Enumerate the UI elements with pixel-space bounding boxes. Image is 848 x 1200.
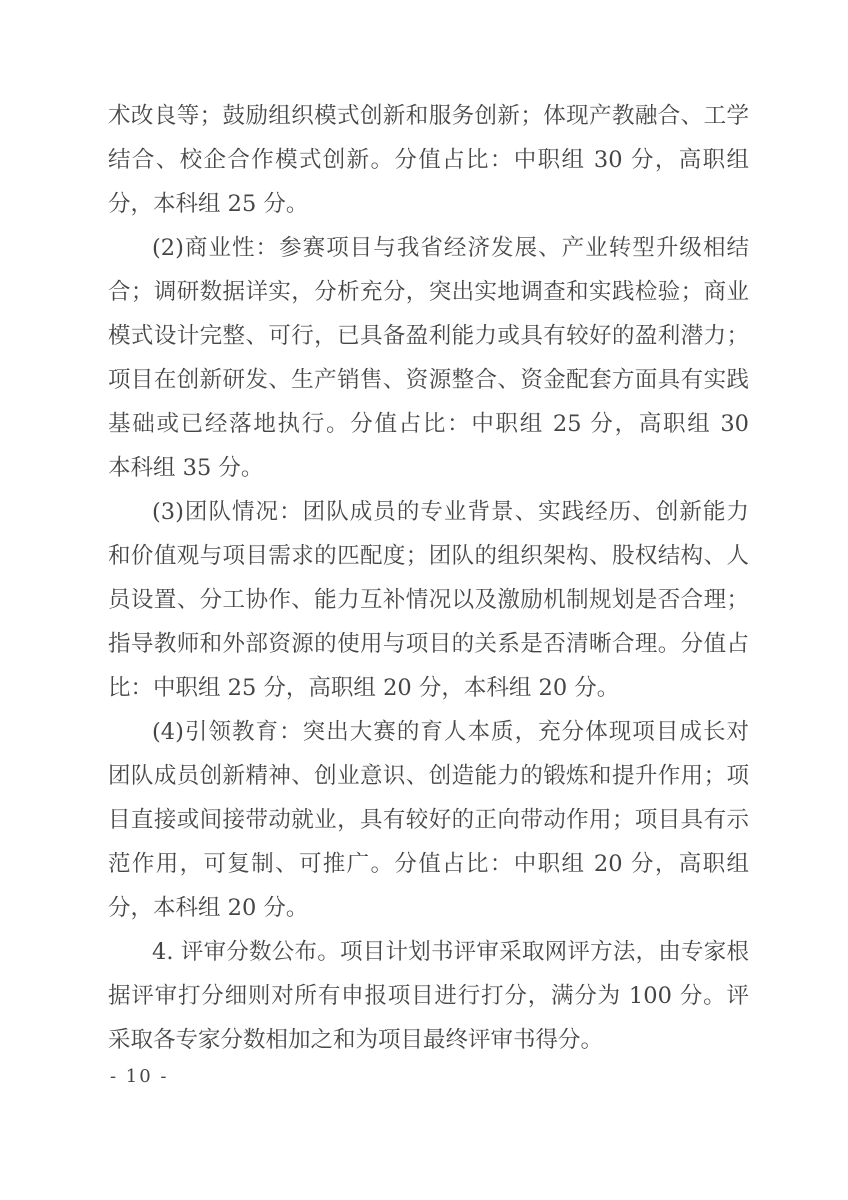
text-line: (3)团队情况：团队成员的专业背景、实践经历、创新能力 [108, 490, 749, 534]
text-line: 范作用，可复制、可推广。分值占比：中职组 20 分，高职组 20 [108, 842, 749, 886]
page-number: - 10 - [110, 1064, 169, 1090]
text-line: 目直接或间接带动就业，具有较好的正向带动作用；项目具有示 [108, 798, 749, 842]
text-line: 团队成员创新精神、创业意识、创造能力的锻炼和提升作用；项 [108, 754, 749, 798]
text-line: 指导教师和外部资源的使用与项目的关系是否清晰合理。分值占 [108, 622, 749, 666]
text-line: 本科组 35 分。 [108, 446, 749, 490]
text-line: 比：中职组 25 分，高职组 20 分，本科组 20 分。 [108, 666, 749, 710]
text-line: 基础或已经落地执行。分值占比：中职组 25 分，高职组 30 分， [108, 402, 749, 446]
text-line: 分，本科组 25 分。 [108, 182, 749, 226]
text-line: 术改良等；鼓励组织模式创新和服务创新；体现产教融合、工学 [108, 94, 749, 138]
text-line: (2)商业性：参赛项目与我省经济发展、产业转型升级相结 [108, 226, 749, 270]
text-line: 分，本科组 20 分。 [108, 886, 749, 930]
document-page: 术改良等；鼓励组织模式创新和服务创新；体现产教融合、工学结合、校企合作模式创新。… [0, 0, 848, 1200]
text-line: 合；调研数据详实，分析充分，突出实地调查和实践检验；商业 [108, 270, 749, 314]
text-line: 员设置、分工协作、能力互补情况以及激励机制规划是否合理； [108, 578, 749, 622]
text-line: 4. 评审分数公布。项目计划书评审采取网评方法，由专家根 [108, 930, 749, 974]
text-line: 模式设计完整、可行，已具备盈利能力或具有较好的盈利潜力； [108, 314, 749, 358]
document-body: 术改良等；鼓励组织模式创新和服务创新；体现产教融合、工学结合、校企合作模式创新。… [108, 94, 749, 1062]
text-line: 项目在创新研发、生产销售、资源整合、资金配套方面具有实践 [108, 358, 749, 402]
text-line: 据评审打分细则对所有申报项目进行打分，满分为 100 分。评分 [108, 974, 749, 1018]
text-line: 结合、校企合作模式创新。分值占比：中职组 30 分，高职组 30 [108, 138, 749, 182]
text-line: 和价值观与项目需求的匹配度；团队的组织架构、股权结构、人 [108, 534, 749, 578]
text-line: 采取各专家分数相加之和为项目最终评审书得分。 [108, 1018, 749, 1062]
text-line: (4)引领教育：突出大赛的育人本质，充分体现项目成长对 [108, 710, 749, 754]
